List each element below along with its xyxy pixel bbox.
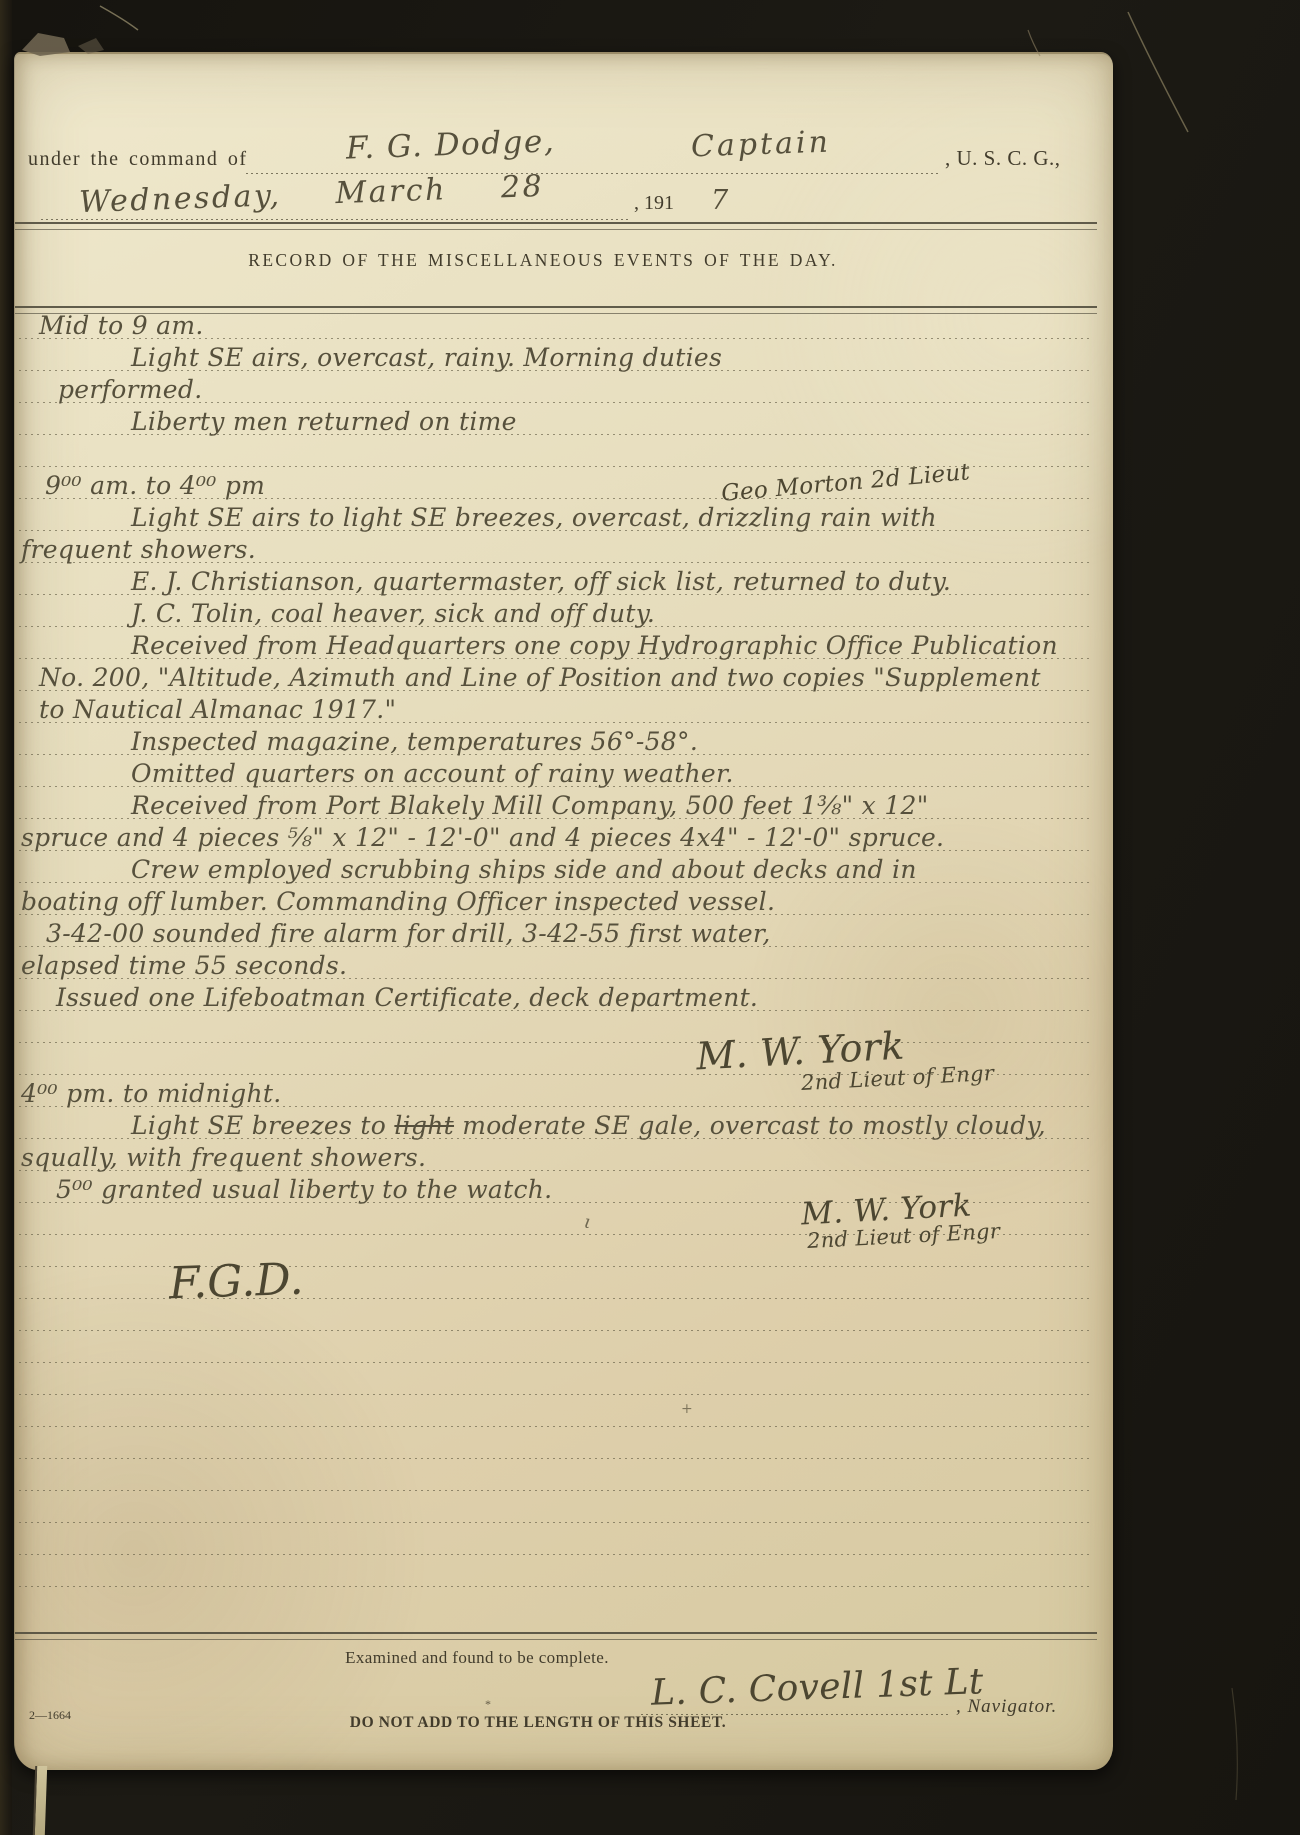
log-entry-line: to Nautical Almanac 1917." bbox=[39, 697, 396, 722]
ruled-line bbox=[19, 1426, 1091, 1427]
logbook-scan: { "document": { "colors": { "paper": "#e… bbox=[0, 0, 1300, 1835]
next-page-edge bbox=[33, 1766, 47, 1835]
examined-statement: Examined and found to be complete. bbox=[15, 1648, 939, 1668]
navigator-signature: L. C. Covell 1st Lt bbox=[650, 1664, 984, 1712]
ruled-line bbox=[19, 1362, 1091, 1363]
thread bbox=[100, 6, 138, 30]
log-entry-line: boating off lumber. Commanding Officer i… bbox=[21, 889, 775, 914]
log-entry-line: No. 200, "Altitude, Azimuth and Line of … bbox=[39, 665, 1041, 690]
ruled-line bbox=[19, 1522, 1091, 1523]
date-rule bbox=[41, 219, 631, 220]
ruled-line bbox=[19, 1330, 1091, 1331]
thread bbox=[1232, 1688, 1237, 1800]
commanding-officer-initials: F.G.D. bbox=[168, 1258, 304, 1307]
header-double-rule bbox=[15, 222, 1097, 230]
date-year-printed: , 191 bbox=[634, 192, 674, 215]
log-entry-line: J. C. Tolin, coal heaver, sick and off d… bbox=[131, 601, 655, 626]
log-entry-line: Issued one Lifeboatman Certificate, deck… bbox=[56, 985, 758, 1010]
log-page: under the command of F. G. Dodge, Captai… bbox=[14, 52, 1113, 1770]
log-entry-line-with-strike: Light SE breezes to light moderate SE ga… bbox=[131, 1113, 1046, 1138]
commander-name-handwritten: F. G. Dodge, bbox=[346, 126, 556, 164]
commander-rank-handwritten: Captain bbox=[691, 128, 832, 163]
log-entry-line: Liberty men returned on time bbox=[131, 409, 517, 434]
ruled-line bbox=[19, 1490, 1091, 1491]
stray-pencil-mark: + bbox=[681, 1402, 693, 1416]
log-entry-line: 5⁰⁰ granted usual liberty to the watch. bbox=[56, 1177, 552, 1202]
asterisk-mark: * bbox=[485, 1697, 491, 1712]
log-entry-line: Light SE airs, overcast, rainy. Morning … bbox=[131, 345, 722, 370]
log-entry-line: Received from Headquarters one copy Hydr… bbox=[131, 633, 1058, 658]
log-entry-line: elapsed time 55 seconds. bbox=[21, 953, 347, 978]
log-entry-line: Light SE airs to light SE breezes, overc… bbox=[131, 505, 937, 530]
ruled-line bbox=[19, 1394, 1091, 1395]
log-entry-line: performed. bbox=[58, 377, 202, 402]
log-entry-line: Omitted quarters on account of rainy wea… bbox=[131, 761, 734, 786]
command-line-suffix: , U. S. C. G., bbox=[945, 146, 1061, 171]
length-warning: DO NOT ADD TO THE LENGTH OF THIS SHEET. bbox=[15, 1714, 1061, 1732]
log-entry-line: Inspected magazine, temperatures 56°-58°… bbox=[131, 729, 698, 754]
strike-post: moderate SE gale, overcast to mostly clo… bbox=[454, 1111, 1046, 1140]
watch-header-line: 9⁰⁰ am. to 4⁰⁰ pm bbox=[45, 473, 265, 498]
date-year-digit-handwritten: 7 bbox=[711, 187, 728, 214]
footer-double-rule bbox=[15, 1632, 1097, 1640]
section-title: RECORD OF THE MISCELLANEOUS EVENTS OF TH… bbox=[15, 250, 1071, 271]
ruled-line bbox=[19, 1042, 1091, 1043]
commander-name-rule bbox=[246, 173, 939, 174]
ruled-line bbox=[19, 1586, 1091, 1587]
stray-pencil-mark: ι bbox=[582, 1213, 592, 1232]
log-entry-line: Crew employed scrubbing ships side and a… bbox=[131, 857, 917, 882]
ruled-line bbox=[19, 1554, 1091, 1555]
thread bbox=[1128, 12, 1188, 132]
log-entry-line: squally, with frequent showers. bbox=[21, 1145, 426, 1170]
log-entry-line: 3-42-00 sounded fire alarm for drill, 3-… bbox=[46, 921, 771, 946]
log-entry-line: frequent showers. bbox=[21, 537, 256, 562]
ruled-line bbox=[19, 1458, 1091, 1459]
date-handwritten: Wednesday, March 28 bbox=[79, 172, 545, 218]
book-spine bbox=[0, 0, 12, 1835]
strike-word: light bbox=[394, 1111, 454, 1140]
watch-header-line: 4⁰⁰ pm. to midnight. bbox=[21, 1081, 281, 1106]
watch-header-line: Mid to 9 am. bbox=[39, 313, 204, 338]
strike-pre: Light SE breezes to bbox=[131, 1111, 394, 1140]
log-entry-line: E. J. Christianson, quartermaster, off s… bbox=[131, 569, 951, 594]
command-line-prefix: under the command of bbox=[28, 148, 248, 171]
watch-officer-signature: Geo Morton 2d Lieut bbox=[720, 461, 970, 506]
log-entry-line: Received from Port Blakely Mill Company,… bbox=[131, 793, 929, 818]
log-entry-line: spruce and 4 pieces ⅝" x 12" - 12'-0" an… bbox=[21, 825, 944, 850]
